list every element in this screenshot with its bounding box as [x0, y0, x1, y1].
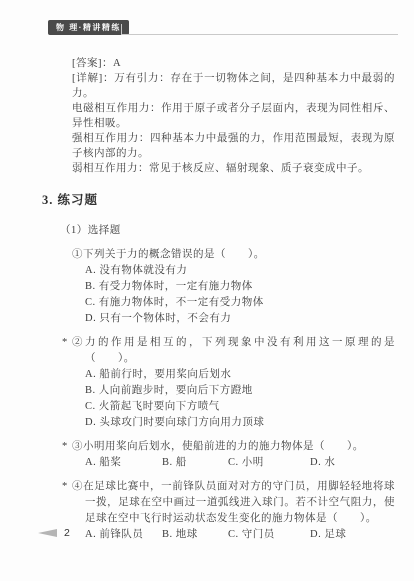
- section-title: 3. 练习题: [42, 190, 395, 208]
- option-item: B. 人向前跑步时，要向后下方蹬地: [85, 383, 395, 399]
- option-item: B. 地球: [162, 527, 228, 543]
- question-stem-text: ③小明用桨向后划水，使船前进的力的施力物体是（ ）。: [72, 439, 395, 455]
- question-stem-text: ①下列关于力的概念错误的是（ ）。: [72, 247, 395, 263]
- option-item: D. 头球攻门时要向球门方向用力顶球: [85, 415, 395, 431]
- option-item: C. 小明: [228, 455, 310, 471]
- page-content: [答案]：A [详解]：万有引力：存在于一切物体之间，是四种基本力中最弱的力。 …: [72, 56, 395, 543]
- explanation-paragraph-weak: 弱相互作用力：常见于核反应、辐射现象、质子衰变成中子。: [72, 161, 395, 176]
- question-1-stem: ①下列关于力的概念错误的是（ ）。: [72, 247, 395, 263]
- page-arrow-icon: [38, 529, 57, 537]
- option-item: A. 没有物体就没有力: [85, 263, 395, 279]
- option-item: B. 有受力物体时，一定有施力物体: [85, 279, 395, 295]
- subsection-title: （1）选择题: [60, 222, 395, 237]
- page-number: 2: [64, 527, 70, 539]
- question-3-stem: * ③小明用桨向后划水，使船前进的力的施力物体是（ ）。: [72, 439, 395, 455]
- explanation-paragraph-strong: 强相互作用力：四种基本力中最强的力，作用范围最短，表现为原子核内部的力。: [72, 131, 395, 161]
- question-2: * ②力的作用是相互的，下列现象中没有利用这一原理的是（ ）。 A. 船前行时，…: [72, 335, 395, 431]
- page-footer: 2: [38, 527, 70, 539]
- textbook-page: 物 理·精讲精练 [答案]：A [详解]：万有引力：存在于一切物体之间，是四种基…: [0, 0, 414, 581]
- option-item: D. 只有一个物体时，不会有力: [85, 311, 395, 327]
- question-stem-text: ④在足球比赛中，一前锋队员面对对方的守门员，用脚轻轻地将球一拨，足球在空中画过一…: [72, 479, 395, 527]
- question-2-stem: * ②力的作用是相互的，下列现象中没有利用这一原理的是（ ）。: [72, 335, 395, 367]
- header-rule: [121, 34, 398, 35]
- option-item: C. 有施力物体时，不一定有受力物体: [85, 295, 395, 311]
- option-item: D. 足球: [310, 527, 395, 543]
- star-marker: *: [62, 479, 68, 495]
- answer-line: [答案]：A: [72, 56, 395, 71]
- option-item: A. 前锋队员: [85, 527, 162, 543]
- question-3-options: A. 船桨 B. 船 C. 小明 D. 水: [72, 455, 395, 471]
- question-4-options: A. 前锋队员 B. 地球 C. 守门员 D. 足球: [72, 527, 395, 543]
- question-stem-text: ②力的作用是相互的，下列现象中没有利用这一原理的是（ ）。: [72, 335, 395, 367]
- explanation-paragraph-electromagnetic: 电磁相互作用力：作用于原子或者分子层面内，表现为同性相斥、异性相吸。: [72, 101, 395, 131]
- question-2-options: A. 船前行时，要用桨向后划水 B. 人向前跑步时，要向后下方蹬地 C. 火箭起…: [72, 367, 395, 431]
- option-item: C. 火箭起飞时要向下方喷气: [85, 399, 395, 415]
- option-item: C. 守门员: [228, 527, 310, 543]
- question-4: * ④在足球比赛中，一前锋队员面对对方的守门员，用脚轻轻地将球一拨，足球在空中画…: [72, 479, 395, 543]
- question-1: ①下列关于力的概念错误的是（ ）。 A. 没有物体就没有力 B. 有受力物体时，…: [72, 247, 395, 327]
- question-4-stem: * ④在足球比赛中，一前锋队员面对对方的守门员，用脚轻轻地将球一拨，足球在空中画…: [72, 479, 395, 527]
- question-3: * ③小明用桨向后划水，使船前进的力的施力物体是（ ）。 A. 船桨 B. 船 …: [72, 439, 395, 471]
- star-marker: *: [62, 439, 68, 455]
- option-item: A. 船前行时，要用桨向后划水: [85, 367, 395, 383]
- option-item: D. 水: [310, 455, 395, 471]
- question-1-options: A. 没有物体就没有力 B. 有受力物体时，一定有施力物体 C. 有施力物体时，…: [72, 263, 395, 327]
- option-item: B. 船: [162, 455, 228, 471]
- option-item: A. 船桨: [85, 455, 162, 471]
- chapter-badge: 物 理·精讲精练: [48, 20, 129, 35]
- explanation-paragraph-gravity: [详解]：万有引力：存在于一切物体之间，是四种基本力中最弱的力。: [72, 71, 395, 101]
- star-marker: *: [62, 335, 68, 351]
